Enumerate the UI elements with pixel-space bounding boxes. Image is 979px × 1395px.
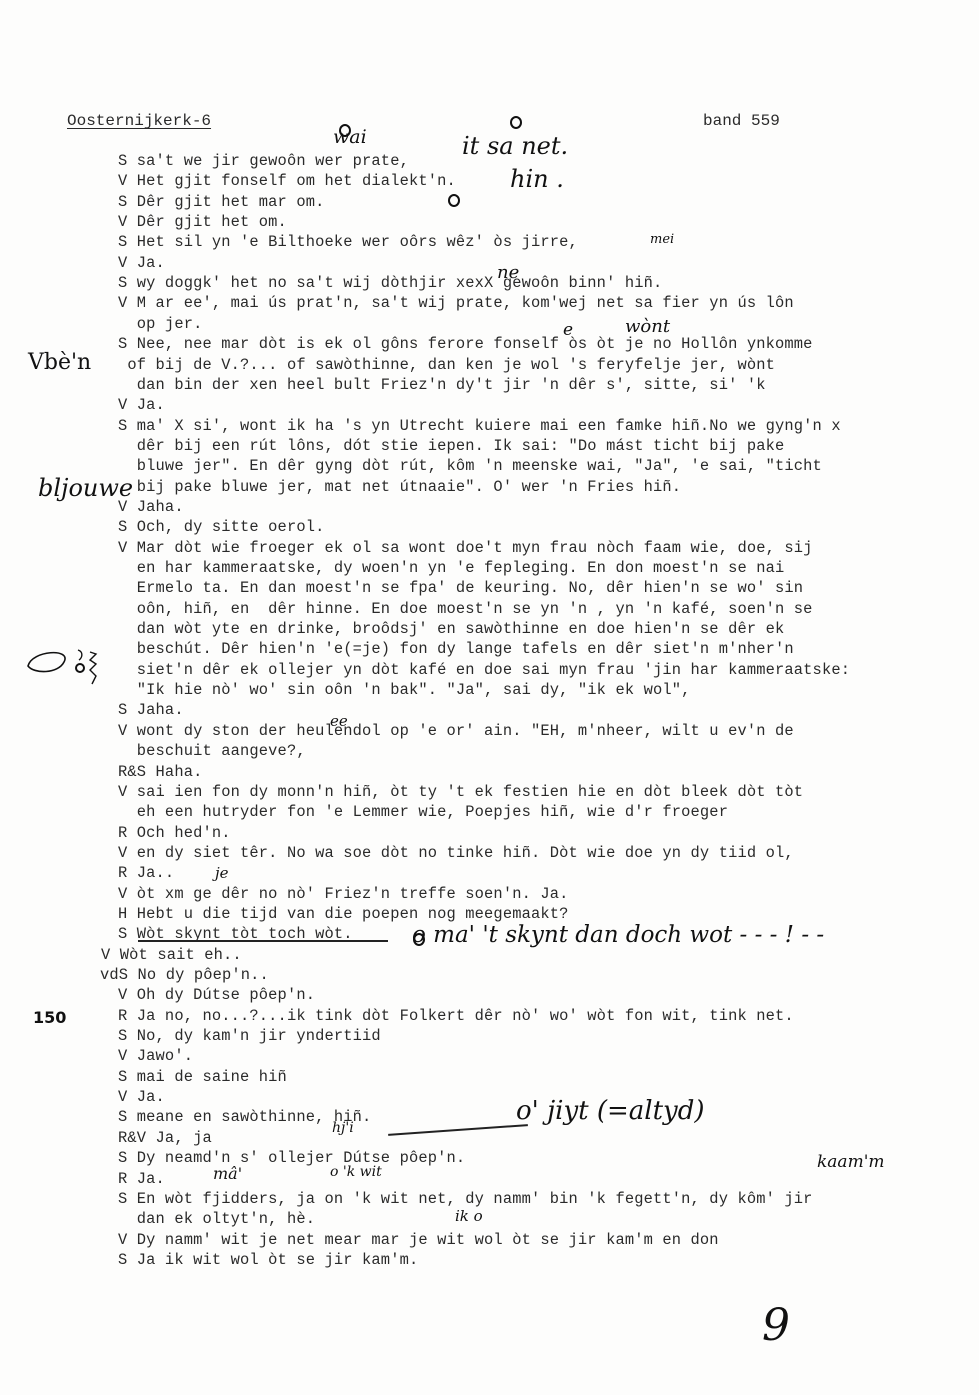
- transcript-line-continuation: dan bin der xen heel bult Friez'n dy't j…: [118, 376, 766, 394]
- transcript-line-continuation: siet'n dêr ek ollejer yn dòt kafé en doe…: [118, 661, 850, 679]
- transcript-line: V òt xm ge dêr no nò' Friez'n treffe soe…: [118, 885, 569, 903]
- transcript-line: S Och, dy sitte oerol.: [118, 518, 325, 536]
- transcript-line: S wy doggk' het no sa't wij dòthjir xexX…: [118, 274, 662, 292]
- handwritten-annotation: kaam'm: [817, 1152, 885, 1172]
- margin-line-number: 150: [33, 1008, 66, 1027]
- document-title: Oosternijkerk-6: [67, 112, 211, 130]
- transcript-line-continuation: en har kammeraatske, dy woen'n yn 'e fep…: [118, 559, 784, 577]
- transcript-line-continuation: dan wòt yte en drinke, broôdsj' en sawòt…: [118, 620, 784, 638]
- transcript-line: S Dêr gjit het mar om.: [118, 193, 325, 211]
- handwritten-annotation: je: [215, 864, 229, 882]
- strikethrough-mark: [138, 940, 388, 942]
- transcript-line-continuation: dêr bij een rút lôns, dót stie iepen. Ik…: [118, 437, 784, 455]
- transcript-line: S No, dy kam'n jir yndertiid: [118, 1027, 381, 1045]
- circle-mark-icon: [448, 194, 460, 207]
- transcript-line: V Oh dy Dútse pôep'n.: [118, 986, 315, 1004]
- tape-band-label: band 559: [703, 112, 780, 130]
- transcript-line: vdS No dy pôep'n..: [100, 966, 269, 984]
- transcript-line: R&S Haha.: [118, 763, 202, 781]
- transcript-line: V Ja.: [118, 1088, 165, 1106]
- handwritten-annotation: o 'k wit: [330, 1164, 382, 1180]
- transcript-line-continuation: op jer.: [118, 315, 202, 333]
- transcript-line-continuation: Ermelo ta. En dan moest'n se fpa' de keu…: [118, 579, 803, 597]
- transcript-line: R Ja..: [118, 864, 174, 882]
- transcript-line: V M ar ee', mai ús prat'n, sa't wij prat…: [118, 294, 794, 312]
- circle-mark-icon: [510, 116, 522, 129]
- transcript-line: S En wòt fjidders, ja on 'k wit net, dy …: [118, 1190, 813, 1208]
- transcript-line: V Mar dòt wie froeger ek ol sa wont doe'…: [118, 539, 813, 557]
- transcript-line: V en dy siet têr. No wa soe dòt no tinke…: [118, 844, 794, 862]
- handwritten-annotation: ne: [497, 262, 519, 283]
- handwritten-annotation: hin .: [510, 165, 564, 193]
- margin-doodle-icon: [22, 640, 102, 690]
- page-number: 9: [762, 1300, 790, 1351]
- transcript-line: V Jawo'.: [118, 1047, 193, 1065]
- transcript-line: S Ja ik wit wol òt se jir kam'm.: [118, 1251, 418, 1269]
- transcript-line: S ma' X si', wont ik ha 's yn Utrecht ku…: [118, 417, 841, 435]
- transcript-line: S mai de saine hiñ: [118, 1068, 287, 1086]
- transcript-line: S Nee, nee mar dòt is ek ol gôns ferore …: [118, 335, 813, 353]
- transcript-line-continuation: of bij de V.?... of sawòthinne, dan ken …: [118, 356, 775, 374]
- transcript-line: V wont dy ston der heulendol op 'e or' a…: [118, 722, 794, 740]
- arrow-line-mark: [388, 1124, 528, 1135]
- handwritten-annotation: wònt: [625, 316, 670, 337]
- transcript-line: S Het sil yn 'e Bilthoeke wer oôrs wêz' …: [118, 233, 578, 251]
- transcript-line-continuation: bij pake bluwe jer, mat net útnaaie". O'…: [118, 478, 681, 496]
- margin-note: bljouwe: [38, 474, 133, 502]
- circle-mark-icon: [339, 124, 351, 137]
- transcript-line: V Het gjit fonself om het dialekt'n.: [118, 172, 456, 190]
- handwritten-annotation: o' jiyt (=altyd): [516, 1096, 705, 1126]
- transcript-line: R Ja no, no...?...ik tink dòt Folkert dê…: [118, 1007, 794, 1025]
- transcript-line: S sa't we jir gewoôn wer prate,: [118, 152, 409, 170]
- transcript-line: S Dy neamd'n s' ollejer Dútse pôep'n.: [118, 1149, 465, 1167]
- transcript-line: R&V Ja, ja: [118, 1129, 212, 1147]
- transcript-line-continuation: oôn, hiñ, en dêr hinne. En doe moest'n s…: [118, 600, 813, 618]
- handwritten-annotation: hj'i: [332, 1120, 354, 1136]
- transcript-line: V Ja.: [118, 396, 165, 414]
- transcript-line: S Jaha.: [118, 701, 184, 719]
- transcript-line: V Dêr gjit het om.: [118, 213, 287, 231]
- handwritten-annotation: e: [563, 320, 573, 340]
- transcript-line-continuation: beschút. Dêr hien'n 'e(=je) fon dy lange…: [118, 640, 794, 658]
- transcript-line: V Ja.: [118, 254, 165, 272]
- transcript-line-continuation: "Ik hie nò' wo' sin oôn 'n bak". "Ja", s…: [118, 681, 691, 699]
- handwritten-annotation: it sa net.: [462, 132, 568, 160]
- handwritten-annotation: ik o: [455, 1207, 483, 1225]
- transcript-line-continuation: bluwe jer". En dêr gyng dòt rút, kôm 'n …: [118, 457, 822, 475]
- transcript-line: V sai ien fon dy monn'n hiñ, òt ty 't ek…: [118, 783, 803, 801]
- document-page: Oosternijkerk-6 band 559 S sa't we jir g…: [0, 0, 979, 1395]
- transcript-line: R Ja.: [118, 1170, 165, 1188]
- handwritten-annotation: o ma' 't skynt dan doch wot - - - ! - -: [412, 922, 824, 948]
- handwritten-annotation: mei: [650, 232, 674, 247]
- transcript-line: V Dy namm' wit je net mear mar je wit wo…: [118, 1231, 719, 1249]
- transcript-line-continuation: beschuit aangeve?,: [118, 742, 306, 760]
- transcript-line: R Och hed'n.: [118, 824, 231, 842]
- handwritten-annotation: mâ': [213, 1164, 242, 1183]
- circle-mark-icon: [413, 933, 425, 946]
- transcript-line-continuation: dan ek oltyt'n, hè.: [118, 1210, 315, 1228]
- transcript-line: H Hebt u die tijd van die poepen nog mee…: [118, 905, 569, 923]
- handwritten-annotation: ee: [330, 712, 348, 730]
- margin-note: Vbè'n: [28, 350, 91, 375]
- transcript-line-continuation: eh een hutryder fon 'e Lemmer wie, Poepj…: [118, 803, 728, 821]
- transcript-line: V Wòt sait eh..: [101, 946, 242, 964]
